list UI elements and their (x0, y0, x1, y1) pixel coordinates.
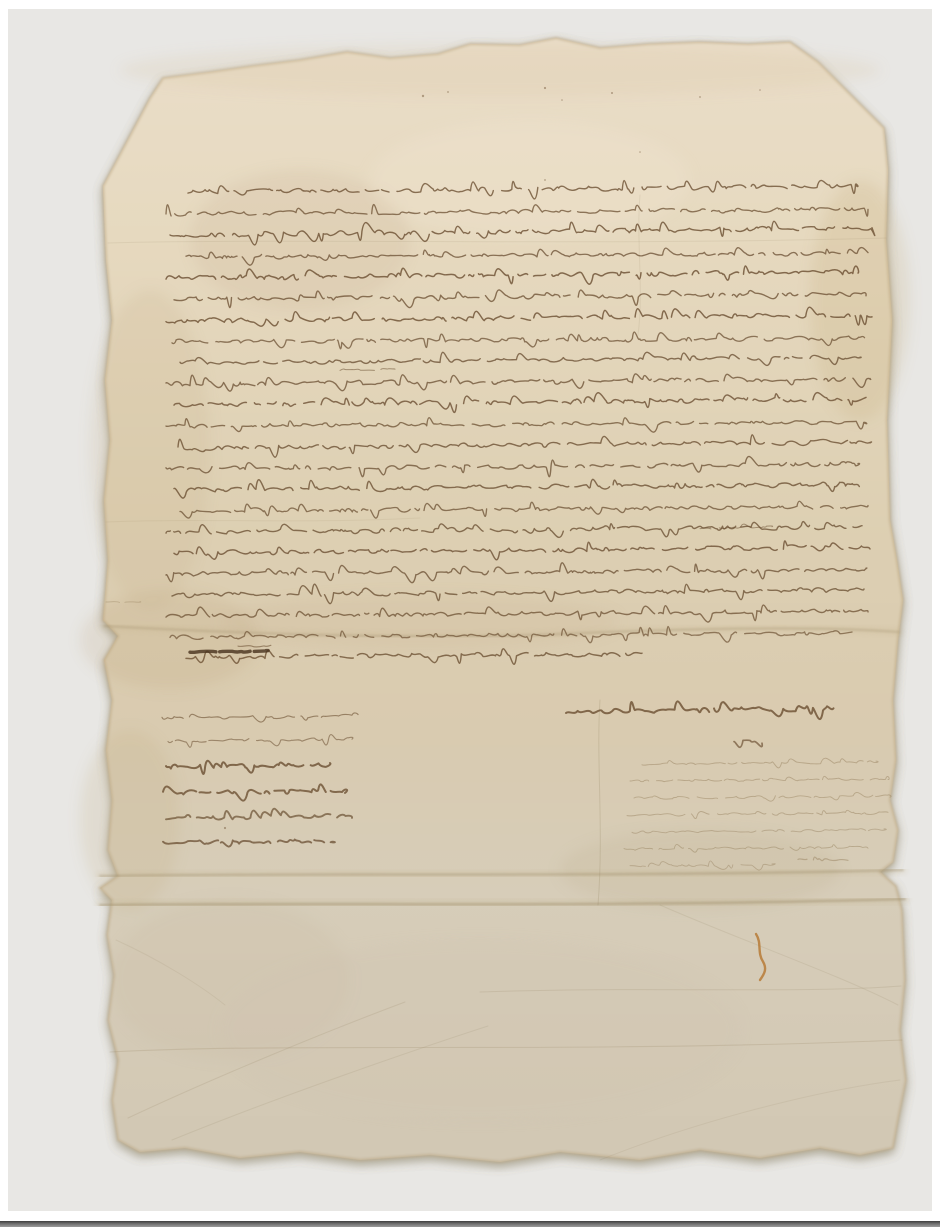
strike-marks-stroke (190, 651, 268, 653)
ink-speck (224, 827, 226, 829)
ink-speck (447, 91, 449, 93)
screenshot-root: Photograph of the final sheet of William… (0, 0, 940, 1227)
ink-speck (544, 179, 546, 181)
ink-speck (422, 95, 424, 97)
manuscript-photo: Photograph of the final sheet of William… (0, 0, 940, 1227)
ink-speck (561, 99, 563, 101)
ink-speck (611, 92, 613, 94)
ink-speck (639, 151, 641, 153)
ink-speck (759, 89, 761, 91)
bottom-edge-bar (0, 1221, 940, 1227)
crossed-out-word (190, 651, 268, 653)
ink-speck (544, 87, 546, 89)
ink-speck (699, 96, 701, 98)
